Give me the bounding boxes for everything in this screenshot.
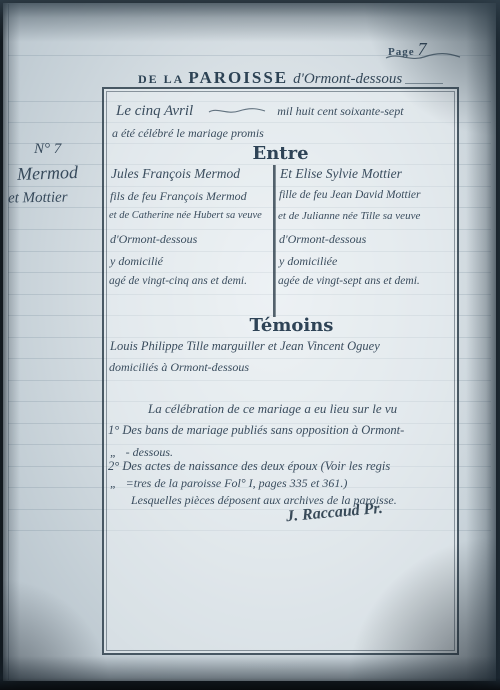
witnesses-heading: Témoins xyxy=(104,315,457,336)
title-handwritten-parish-name: d'Ormont-dessous xyxy=(293,71,402,88)
flourish-swash-icon xyxy=(384,50,462,68)
celebration-intro: La célébration de ce mariage a eu lieu s… xyxy=(148,401,397,417)
bride-origin: d'Ormont-dessous xyxy=(279,232,366,247)
parish-title: DE LA PAROISSE d'Ormont-dessous xyxy=(138,68,443,88)
title-printed-main: PAROISSE xyxy=(188,68,288,88)
witnesses-names: Louis Philippe Tille marguiller et Jean … xyxy=(110,339,380,354)
date-day-month: Le cinq Avril xyxy=(116,103,193,120)
date-year: mil huit cent soixante-sept xyxy=(277,104,403,119)
celebration-item-2: 2° Des actes de naissance des deux époux… xyxy=(108,459,390,474)
margin-vertical-line xyxy=(8,4,9,680)
title-printed-prefix: DE LA xyxy=(138,72,184,87)
groom-residence: y domicilié xyxy=(110,254,163,269)
bride-age: agée de vingt-sept ans et demi. xyxy=(278,275,420,287)
marriage-promise-line: a été célébré le mariage promis xyxy=(112,126,264,141)
groom-name: Jules François Mermod xyxy=(111,166,240,182)
bride-mother: et de Julianne née Tille sa veuve xyxy=(278,210,420,222)
groom-origin: d'Ormont-dessous xyxy=(110,232,197,247)
date-line: Le cinq Avril mil huit cent soixante-sep… xyxy=(116,103,455,121)
title-trailing-dash xyxy=(405,83,443,84)
margin-family-name-2: et Mottier xyxy=(8,189,68,207)
between-heading: Entre xyxy=(104,143,457,164)
column-divider-line xyxy=(273,165,276,317)
bride-residence: y domiciliée xyxy=(279,254,337,269)
bride-father: fille de feu Jean David Mottier xyxy=(279,189,420,201)
groom-age: agé de vingt-cinq ans et demi. xyxy=(109,275,247,287)
margin-record-number: N° 7 xyxy=(34,141,61,158)
bride-name: Et Elise Sylvie Mottier xyxy=(280,166,402,182)
celebration-item-1-continuation: „ - dessous. xyxy=(110,445,173,460)
scanned-parish-register-page: Page 7 DE LA PAROISSE d'Ormont-dessous N… xyxy=(0,0,500,690)
groom-father: fils de feu François Mermod xyxy=(110,189,247,204)
witnesses-residence: domiciliés à Ormont-dessous xyxy=(109,360,249,375)
celebration-item-1: 1° Des bans de mariage publiés sans oppo… xyxy=(108,423,404,438)
celebration-item-2-continuation: „ =tres de la paroisse Fol° I, pages 335… xyxy=(110,476,347,491)
margin-family-name-1: Mermod xyxy=(17,162,79,185)
marriage-record-frame: Le cinq Avril mil huit cent soixante-sep… xyxy=(102,87,459,655)
separator-flourish-icon xyxy=(207,103,267,121)
groom-mother: et de Catherine née Hubert sa veuve xyxy=(109,210,262,221)
